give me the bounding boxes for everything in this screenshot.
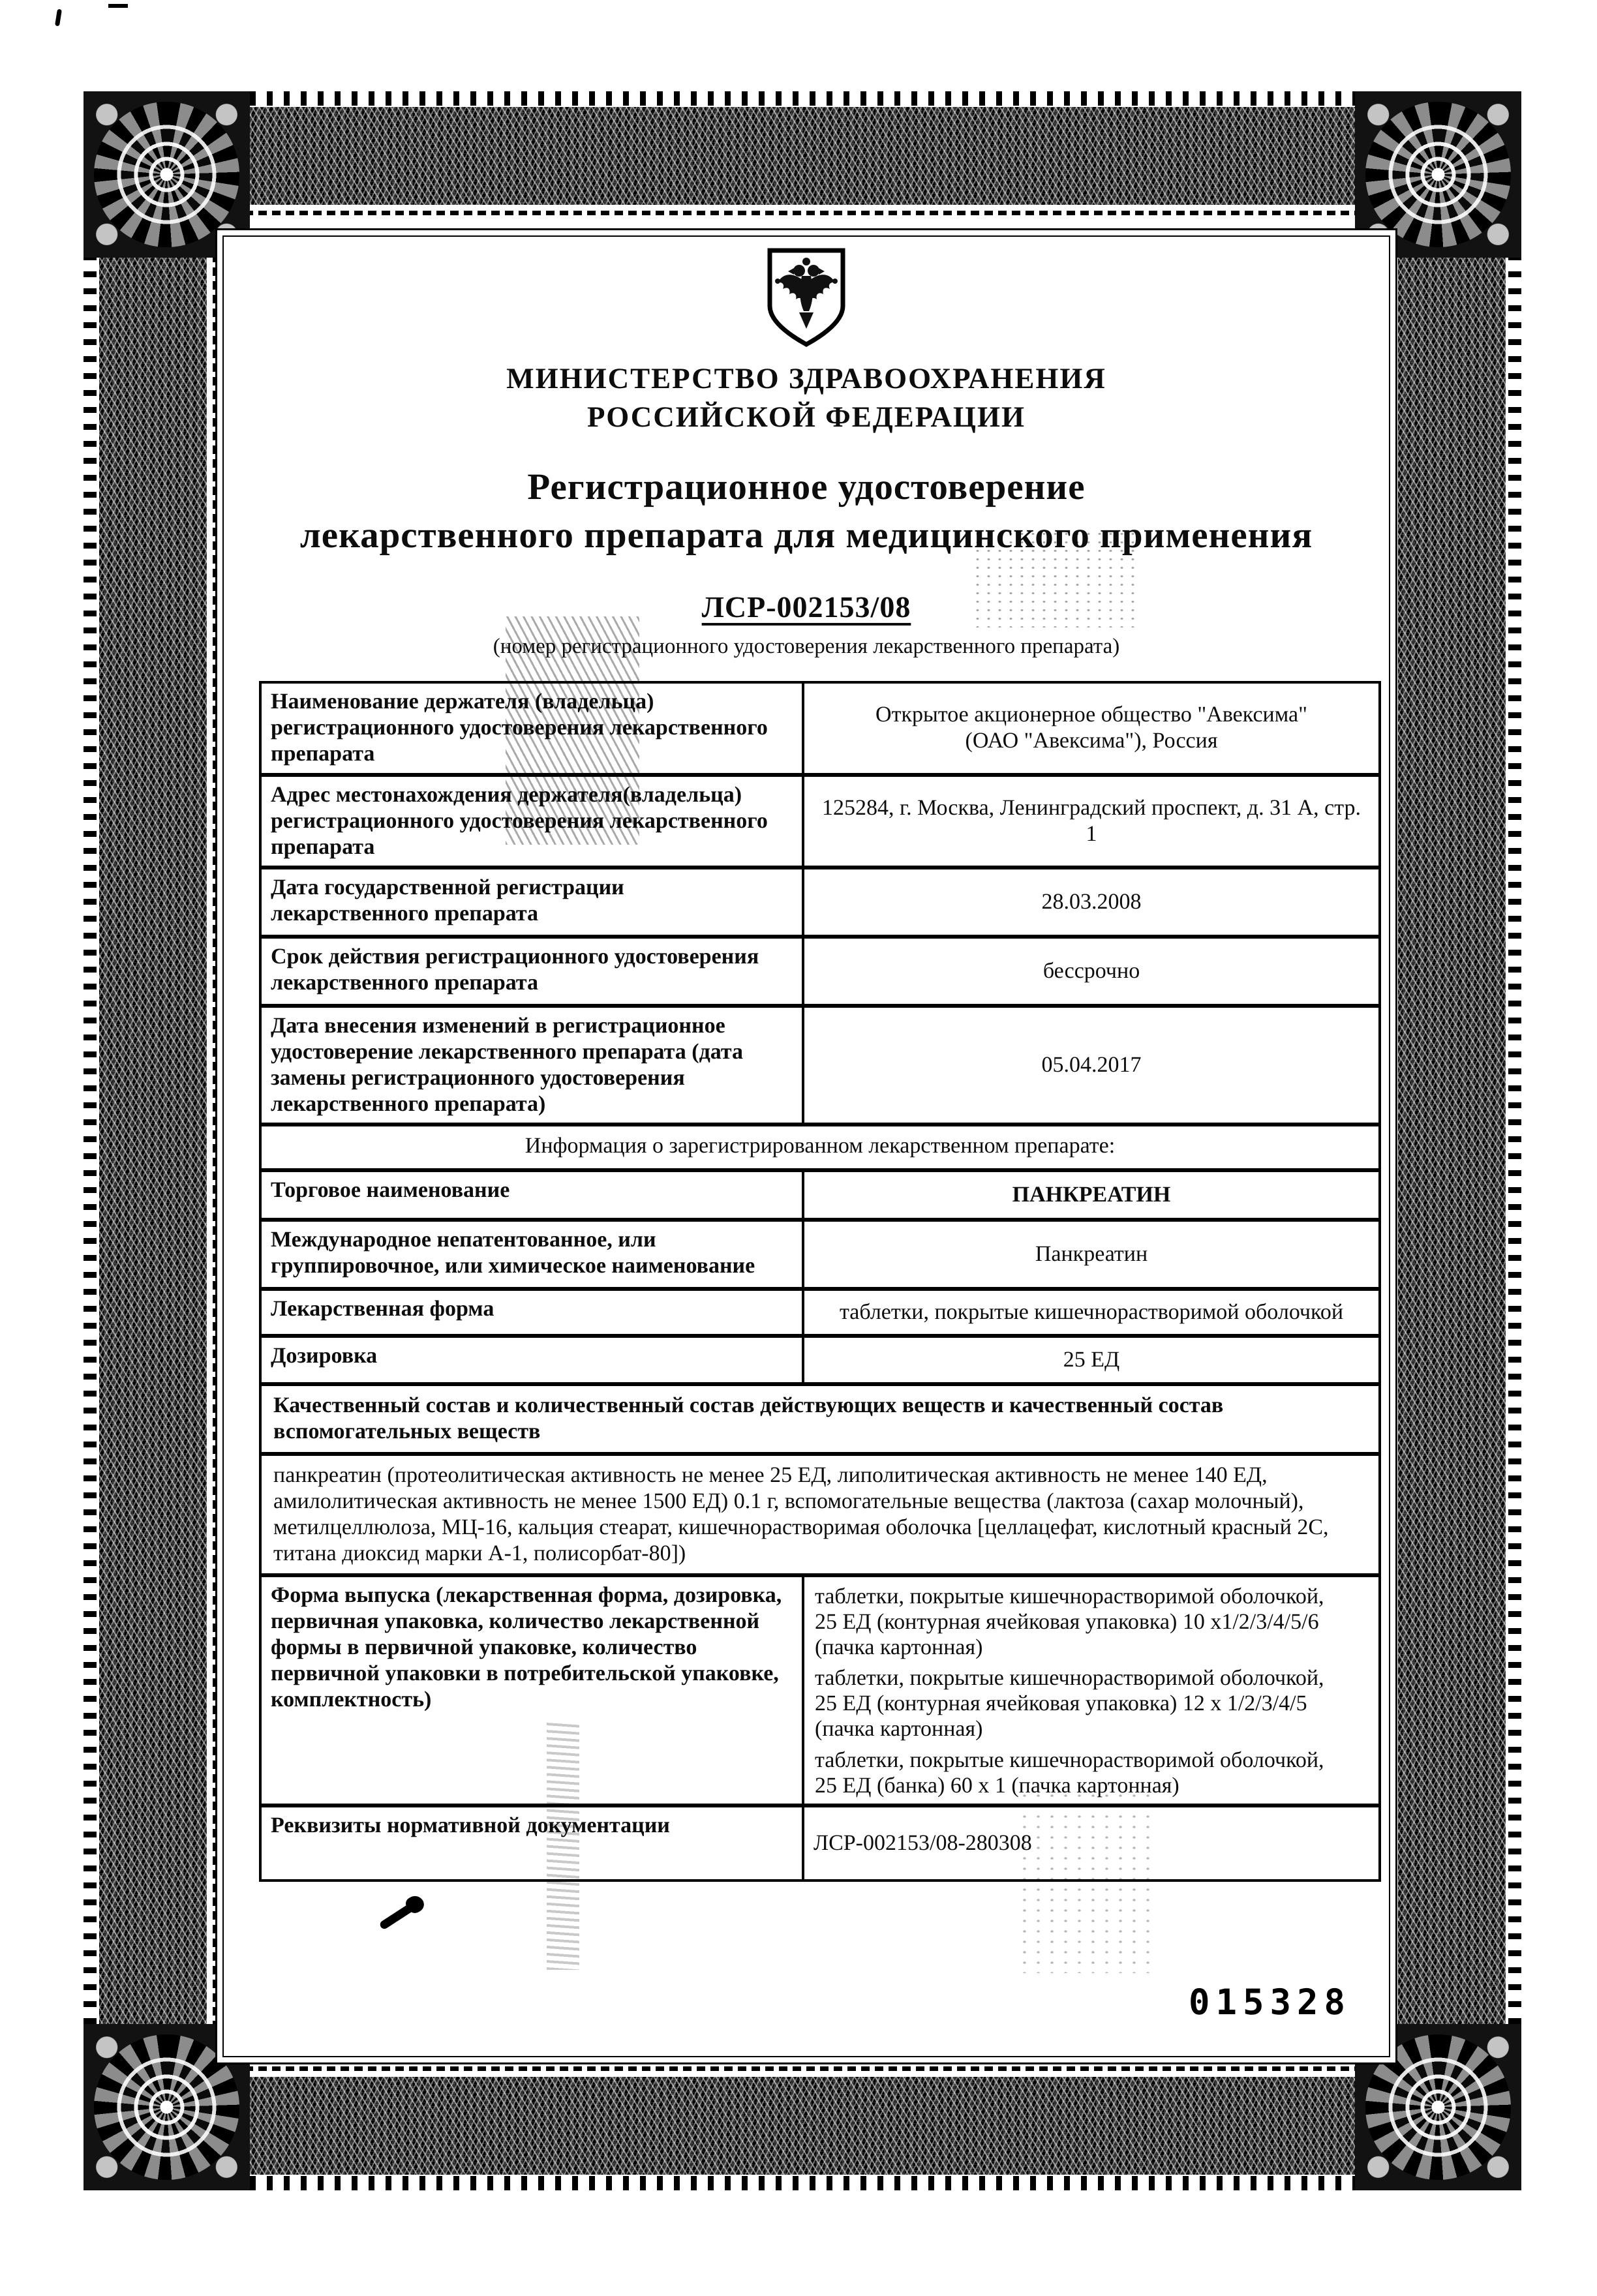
release-form-item: таблетки, покрытые кишечнорастворимой об…	[815, 1665, 1324, 1742]
row-value: Открытое акционерное общество "Авексима"…	[804, 684, 1378, 772]
row-dosage: Дозировка 25 ЕД	[262, 1334, 1378, 1382]
row-value: 125284, г. Москва, Ленинградский проспек…	[804, 777, 1378, 866]
border-band-top	[243, 107, 1361, 205]
document-title: Регистрационное удостоверение лекарствен…	[217, 463, 1395, 560]
border-band-bottom	[243, 2077, 1361, 2175]
registration-table: Наименование держателя (владельца) регис…	[259, 681, 1381, 1882]
composition-header-text: Качественный состав и количественный сос…	[262, 1386, 1378, 1451]
row-label: Наименование держателя (владельца) регис…	[262, 684, 804, 772]
row-label: Адрес местонахождения держателя(владельц…	[262, 777, 804, 866]
row-registration-date: Дата государственной регистрации лекарст…	[262, 866, 1378, 935]
row-label: Лекарственная форма	[262, 1291, 804, 1334]
row-amendment-date: Дата внесения изменений в регистрационно…	[262, 1004, 1378, 1123]
row-value: таблетки, покрытые кишечнорастворимой об…	[804, 1291, 1378, 1334]
row-label: Торговое наименование	[262, 1172, 804, 1218]
registration-number-caption: (номер регистрационного удостоверения ле…	[217, 635, 1395, 659]
row-composition-text: панкреатин (протеолитическая активность …	[262, 1452, 1378, 1573]
document-title-line2: лекарственного препарата для медицинског…	[217, 511, 1395, 560]
registration-number: ЛСР-002153/08	[217, 590, 1395, 624]
row-label: Дата государственной регистрации лекарст…	[262, 869, 804, 935]
row-label: Дата внесения изменений в регистрационно…	[262, 1008, 804, 1123]
ministry-name: МИНИСТЕРСТВО ЗДРАВООХРАНЕНИЯ РОССИЙСКОЙ …	[217, 359, 1395, 436]
row-label: Реквизиты нормативной документации	[262, 1807, 804, 1879]
row-validity-term: Срок действия регистрационного удостовер…	[262, 935, 1378, 1004]
border-band-left	[99, 251, 207, 2031]
row-value: ЛСР-002153/08-280308	[804, 1807, 1378, 1879]
release-form-item: таблетки, покрытые кишечнорастворимой об…	[815, 1584, 1324, 1660]
row-trade-name: Торговое наименование ПАНКРЕАТИН	[262, 1168, 1378, 1218]
border-fringe-bottom	[250, 2176, 1355, 2190]
scanned-certificate-page: МИНИСТЕРСТВО ЗДРАВООХРАНЕНИЯ РОССИЙСКОЙ …	[0, 0, 1597, 2296]
scan-artifact-mark	[55, 9, 62, 27]
row-dosage-form: Лекарственная форма таблетки, покрытые к…	[262, 1287, 1378, 1334]
row-value: 25 ЕД	[804, 1338, 1378, 1382]
border-fringe-top	[250, 91, 1355, 106]
ministry-line1: МИНИСТЕРСТВО ЗДРАВООХРАНЕНИЯ	[217, 359, 1395, 398]
scan-artifact-mark	[108, 4, 128, 8]
row-value: 05.04.2017	[804, 1008, 1378, 1123]
ministry-line2: РОССИЙСКОЙ ФЕДЕРАЦИИ	[217, 398, 1395, 436]
row-composition-header: Качественный состав и количественный сос…	[262, 1382, 1378, 1451]
row-info-banner: Информация о зарегистрированном лекарств…	[262, 1123, 1378, 1168]
row-value: ПАНКРЕАТИН	[804, 1172, 1378, 1218]
row-value: бессрочно	[804, 939, 1378, 1004]
row-value: 28.03.2008	[804, 869, 1378, 935]
border-band-right	[1398, 251, 1506, 2031]
document-title-line1: Регистрационное удостоверение	[217, 463, 1395, 511]
row-holder-address: Адрес местонахождения держателя(владельц…	[262, 773, 1378, 866]
border-fringe-right	[1508, 258, 1521, 2024]
row-label: Международное непатентованное, или групп…	[262, 1222, 804, 1287]
row-normative-docs: Реквизиты нормативной документации ЛСР-0…	[262, 1804, 1378, 1879]
row-value: Панкреатин	[804, 1222, 1378, 1287]
row-label: Дозировка	[262, 1338, 804, 1382]
row-inn-name: Международное непатентованное, или групп…	[262, 1218, 1378, 1287]
serial-number: 015328	[1189, 1982, 1351, 2023]
border-fringe-left	[84, 258, 97, 2024]
composition-text: панкреатин (протеолитическая активность …	[262, 1456, 1378, 1573]
row-release-form: Форма выпуска (лекарственная форма, дози…	[262, 1573, 1378, 1804]
row-holder-name: Наименование держателя (владельца) регис…	[262, 684, 1378, 772]
coat-of-arms-icon	[763, 246, 849, 349]
row-label: Форма выпуска (лекарственная форма, дози…	[262, 1577, 804, 1804]
row-label: Срок действия регистрационного удостовер…	[262, 939, 804, 1004]
release-form-values: таблетки, покрытые кишечнорастворимой об…	[804, 1577, 1378, 1804]
release-form-item: таблетки, покрытые кишечнорастворимой об…	[815, 1747, 1324, 1798]
certificate-content: МИНИСТЕРСТВО ЗДРАВООХРАНЕНИЯ РОССИЙСКОЙ …	[215, 228, 1397, 2064]
info-banner-text: Информация о зарегистрированном лекарств…	[262, 1126, 1378, 1168]
